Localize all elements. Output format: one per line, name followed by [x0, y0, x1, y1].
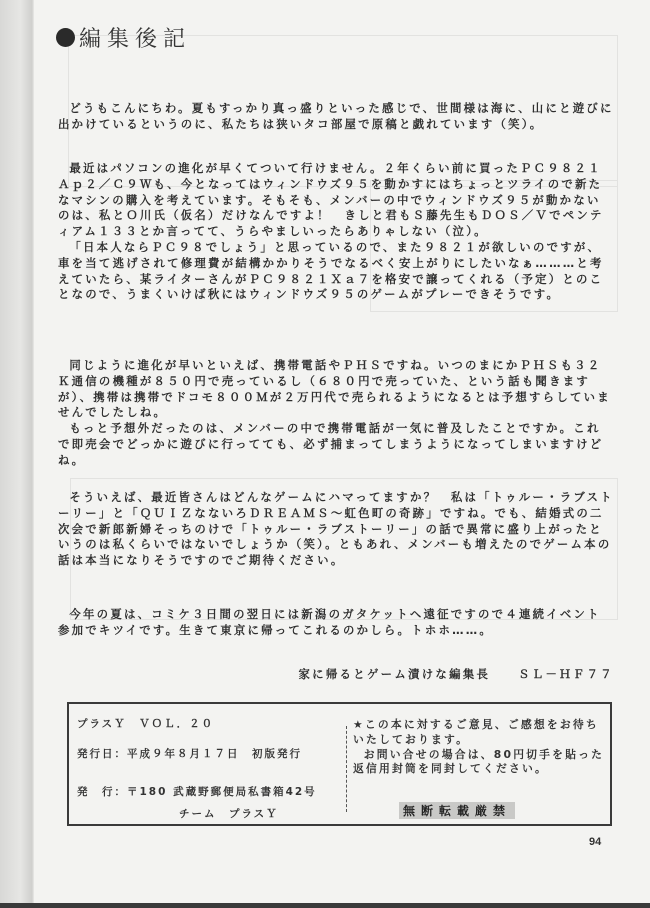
inquiry-instructions: お問い合せの場合は、80円切手を貼った返信用封筒を同封してください。 [353, 748, 605, 778]
paragraph: 「日本人ならＰＣ９８でしょう」と思っているので、また９８２１が欲しいのですが、車… [58, 240, 614, 303]
paragraph: そういえば、最近皆さんはどんなゲームにハマってますか？ 私は「トゥルー・ラブスト… [58, 490, 614, 569]
section-title: 編集後記 [56, 22, 191, 52]
issue-date: 発行日：平成９年８月１７日 初版発行 [77, 746, 302, 761]
feedback-request: ★この本に対するご意見、ご感想をお待ちいたしております。 [353, 718, 605, 748]
paragraph: 同じように進化が早いといえば、携帯電話やＰＨＳですね。いつのまにかＰＨＳも３２Ｋ… [58, 358, 614, 421]
no-reproduction-notice: 無断転載厳禁 [399, 802, 515, 819]
publisher-address: 発 行：〒180 武蔵野郵便局私書箱42号 [77, 784, 317, 799]
publisher-name: チーム プラスＹ [179, 806, 279, 821]
scan-bottom-edge [0, 903, 650, 908]
body-block-1: どうもこんにちわ。夏もすっかり真っ盛りといった感じで、世間様は海に、山にと遊びに… [58, 101, 614, 133]
body-block-3: 同じように進化が早いといえば、携帯電話やＰＨＳですね。いつのまにかＰＨＳも３２Ｋ… [58, 358, 614, 469]
publication-volume: プラスＹ ＶＯＬ．２０ [77, 716, 214, 731]
page-number: 94 [589, 836, 601, 848]
body-block-5: 今年の夏は、コミケ３日間の翌日には新潟のガタケットへ遠征ですので４連続イベント参… [58, 607, 614, 639]
feedback-info: ★この本に対するご意見、ご感想をお待ちいたしております。 お問い合せの場合は、8… [353, 718, 605, 777]
body-block-4: そういえば、最近皆さんはどんなゲームにハマってますか？ 私は「トゥルー・ラブスト… [58, 490, 614, 569]
dotted-divider [346, 726, 347, 812]
signature-role: 家に帰るとゲーム漬けな編集長 [298, 666, 490, 682]
colophon-box: プラスＹ ＶＯＬ．２０ 発行日：平成９年８月１７日 初版発行 発 行：〒180 … [67, 702, 612, 826]
page-binding-edge [0, 0, 34, 903]
bullet-icon [56, 28, 75, 47]
paragraph: どうもこんにちわ。夏もすっかり真っ盛りといった感じで、世間様は海に、山にと遊びに… [58, 101, 614, 133]
signature-name: ＳＬ－ＨＦ７７ [518, 666, 614, 682]
title-text: 編集後記 [79, 22, 191, 53]
editor-signature: 家に帰るとゲーム漬けな編集長 ＳＬ－ＨＦ７７ [298, 666, 614, 682]
paragraph: 最近はパソコンの進化が早くてついて行けません。２年くらい前に買ったＰＣ９８２１Ａ… [58, 161, 614, 240]
paragraph: もっと予想外だったのは、メンバーの中で携帯電話が一気に普及したことですか。これで… [58, 421, 614, 468]
body-block-2: 最近はパソコンの進化が早くてついて行けません。２年くらい前に買ったＰＣ９８２１Ａ… [58, 161, 614, 303]
paragraph: 今年の夏は、コミケ３日間の翌日には新潟のガタケットへ遠征ですので４連続イベント参… [58, 607, 614, 639]
